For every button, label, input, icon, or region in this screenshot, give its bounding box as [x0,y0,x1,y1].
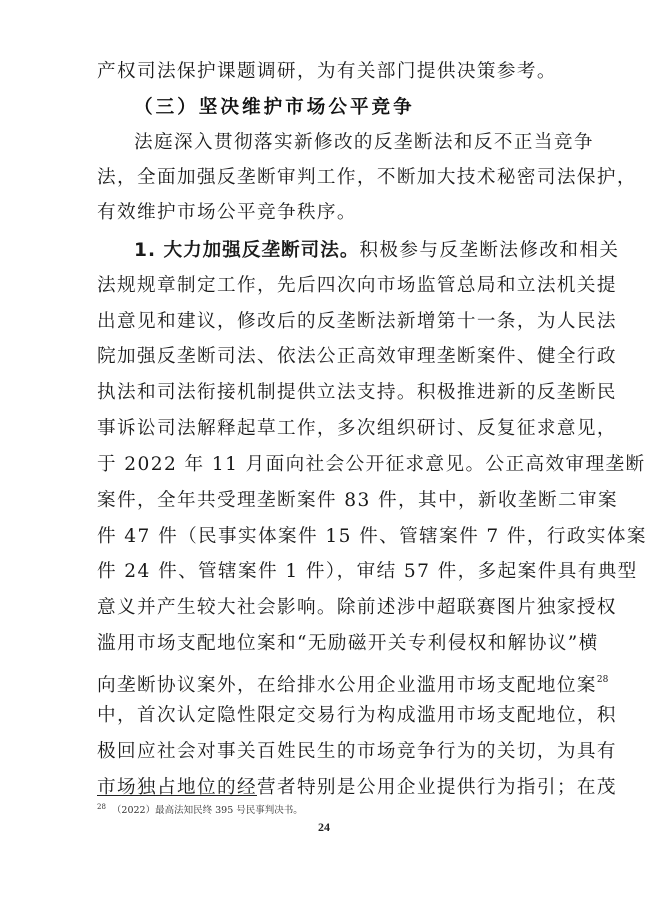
footnote-reference[interactable]: 28 [597,675,608,685]
section-heading: （三）坚决维护市场公平竞争 [134,96,415,120]
paragraph-line: 市场独占地位的经营者特别是公用企业提供行为指引；在茂 [97,776,563,800]
paragraph-line: 中，首次认定隐性限定交易行为构成滥用市场支配地位，积 [97,704,563,728]
intro-paragraph-line-2: 法，全面加强反垄断审判工作，不断加大技术秘密司法保护， [97,166,563,190]
continuation-line: 产权司法保护课题调研，为有关部门提供决策参考。 [97,60,563,84]
paragraph-line-with-footnote-ref: 向垄断协议案外，在给排水公用企业滥用市场支配地位案28 [97,668,563,698]
footnote-divider [97,795,257,796]
footnote: 28（2022）最高法知民终 395 号民事判决书。 [97,800,303,818]
paragraph-line: 执法和司法衔接机制提供立法支持。积极推进新的反垄断民 [97,381,563,405]
paragraph-line: 滥用市场支配地位案和“无励磁开关专利侵权和解协议”横 [97,632,563,656]
footnote-text: （2022）最高法知民终 395 号民事判决书。 [112,805,303,816]
subsection-first-line: 1. 大力加强反垄断司法。积极参与反垄断法修改和相关 [134,239,563,263]
intro-paragraph-line-1: 法庭深入贯彻落实新修改的反垄断法和反不正当竞争 [134,131,563,155]
paragraph-line: 院加强反垄断司法、依法公正高效审理垄断案件、健全行政 [97,345,563,369]
page-number: 24 [318,820,330,835]
paragraph-line: 法规规章制定工作，先后四次向市场监管总局和立法机关提 [97,274,563,298]
paragraph-line: 案件，全年共受理垄断案件 83 件，其中，新收垄断二审案 [97,489,563,513]
paragraph-line: 件 24 件、管辖案件 1 件），审结 57 件，多起案件具有典型 [97,560,563,584]
paragraph-line: 于 2022 年 11 月面向社会公开征求意见。公正高效审理垄断 [97,453,563,477]
paragraph-line-text: 向垄断协议案外，在给排水公用企业滥用市场支配地位案 [97,675,597,696]
paragraph-line: 件 47 件（民事实体案件 15 件、管辖案件 7 件，行政实体案 [97,525,563,549]
intro-paragraph-line-3: 有效维护市场公平竞争秩序。 [97,201,563,225]
subsection-title: 1. 大力加强反垄断司法。 [134,240,359,261]
subsection-first-line-rest: 积极参与反垄断法修改和相关 [359,240,619,261]
footnote-mark: 28 [97,803,106,811]
paragraph-line: 极回应社会对事关百姓民生的市场竞争行为的关切，为具有 [97,740,563,764]
paragraph-line: 事诉讼司法解释起草工作，多次组织研讨、反复征求意见， [97,417,563,441]
paragraph-line: 出意见和建议，修改后的反垄断法新增第十一条，为人民法 [97,310,563,334]
paragraph-line: 意义并产生较大社会影响。除前述涉中超联赛图片独家授权 [97,596,563,620]
document-page: 产权司法保护课题调研，为有关部门提供决策参考。 （三）坚决维护市场公平竞争 法庭… [0,0,650,900]
